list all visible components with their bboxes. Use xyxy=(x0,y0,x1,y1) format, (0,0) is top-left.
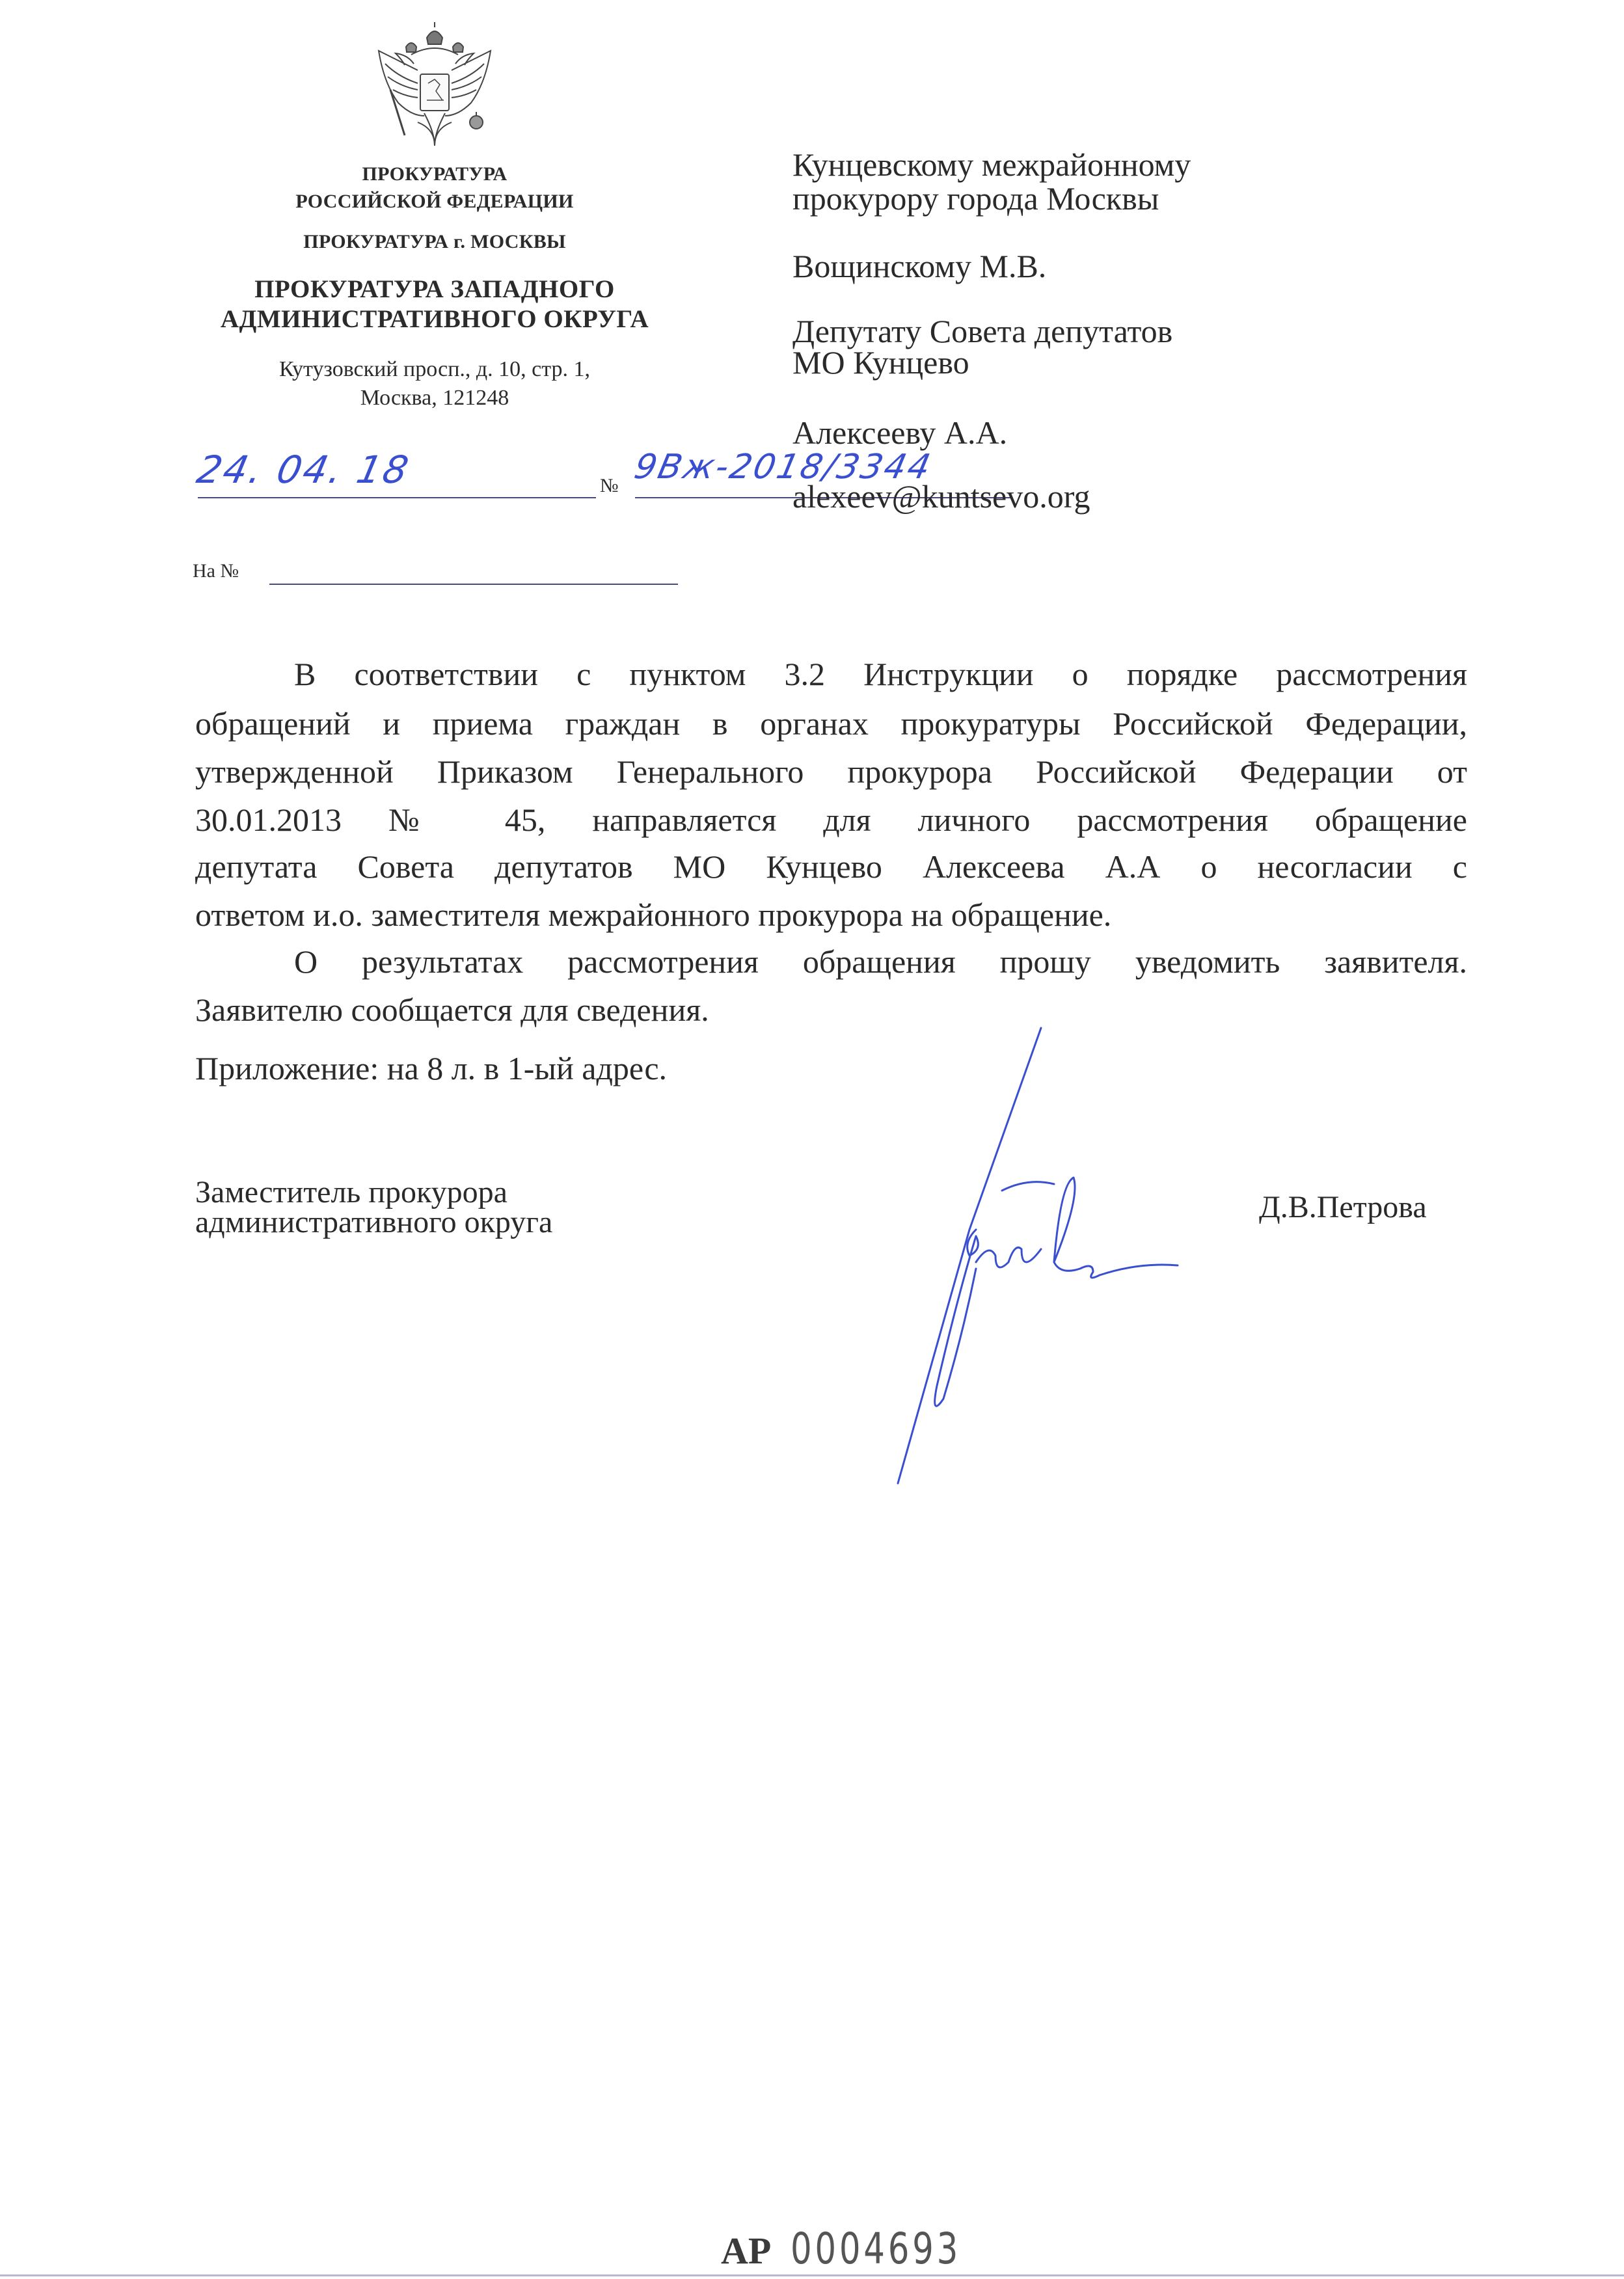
handwritten-date: 24. 04. 18 xyxy=(193,448,414,492)
page-bottom-edge xyxy=(0,2274,1624,2276)
body-line-4: 30.01.2013 № 45, направляется для личног… xyxy=(195,803,1467,837)
coat-of-arms-icon xyxy=(372,18,497,148)
handwritten-signature-icon xyxy=(781,1015,1249,1496)
number-sign: № xyxy=(600,475,619,497)
body-line-1: В соответствии с пунктом 3.2 Инструкции … xyxy=(294,657,1467,691)
org-address-line-1: Кутузовский просп., д. 10, стр. 1, xyxy=(187,355,682,384)
signatory-name: Д.В.Петрова xyxy=(1259,1189,1427,1225)
body-line-2: обращений и приема граждан в органах про… xyxy=(195,707,1467,740)
reply-to-row: На № xyxy=(193,556,681,589)
addressee-line-6: Алексееву А.А. xyxy=(792,416,1007,449)
org-address-line-2: Москва, 121248 xyxy=(187,384,682,412)
addressee-email: alexeev@kuntsevo.org xyxy=(792,480,1090,513)
addressee-line-1: Кунцевскому межрайонному xyxy=(792,148,1191,181)
org-name-line-2: РОССИЙСКОЙ ФЕДЕРАЦИИ xyxy=(187,189,682,215)
date-field: 24. 04. 18 xyxy=(198,442,596,498)
body-line-7: О результатах рассмотрения обращения про… xyxy=(294,945,1467,978)
org-name-line-1: ПРОКУРАТУРА xyxy=(187,161,682,187)
org-name-line-5: АДМИНИСТРАТИВНОГО ОКРУГА xyxy=(187,304,682,334)
body-line-6: ответом и.о. заместителя межрайонного пр… xyxy=(195,898,1467,932)
addressee-line-5: МО Кунцево xyxy=(792,346,969,379)
body-line-3: утвержденной Приказом Генерального проку… xyxy=(195,755,1467,789)
serial-prefix: АР xyxy=(721,2230,771,2272)
addressee-line-3: Вощинскому М.В. xyxy=(792,250,1046,282)
serial-number: 0004693 xyxy=(791,2224,961,2274)
signatory-title-line-2: административного округа xyxy=(195,1207,552,1237)
reply-to-label: На № xyxy=(193,560,239,582)
registration-row: 24. 04. 18 № 9Вж-2018/3344 xyxy=(193,442,778,501)
addressee-line-4: Депутату Совета депутатов xyxy=(792,315,1172,347)
addressee-line-2: прокурору города Москвы xyxy=(792,182,1159,215)
signatory-title-line-1: Заместитель прокурора xyxy=(195,1178,507,1207)
org-name-line-4: ПРОКУРАТУРА ЗАПАДНОГО xyxy=(187,275,682,304)
reply-to-field xyxy=(269,556,678,585)
org-name-line-3: ПРОКУРАТУРА г. МОСКВЫ xyxy=(187,229,682,255)
form-serial-number: АР0004693 xyxy=(721,2224,1009,2274)
body-line-5: депутата Совета депутатов МО Кунцево Але… xyxy=(195,850,1467,883)
